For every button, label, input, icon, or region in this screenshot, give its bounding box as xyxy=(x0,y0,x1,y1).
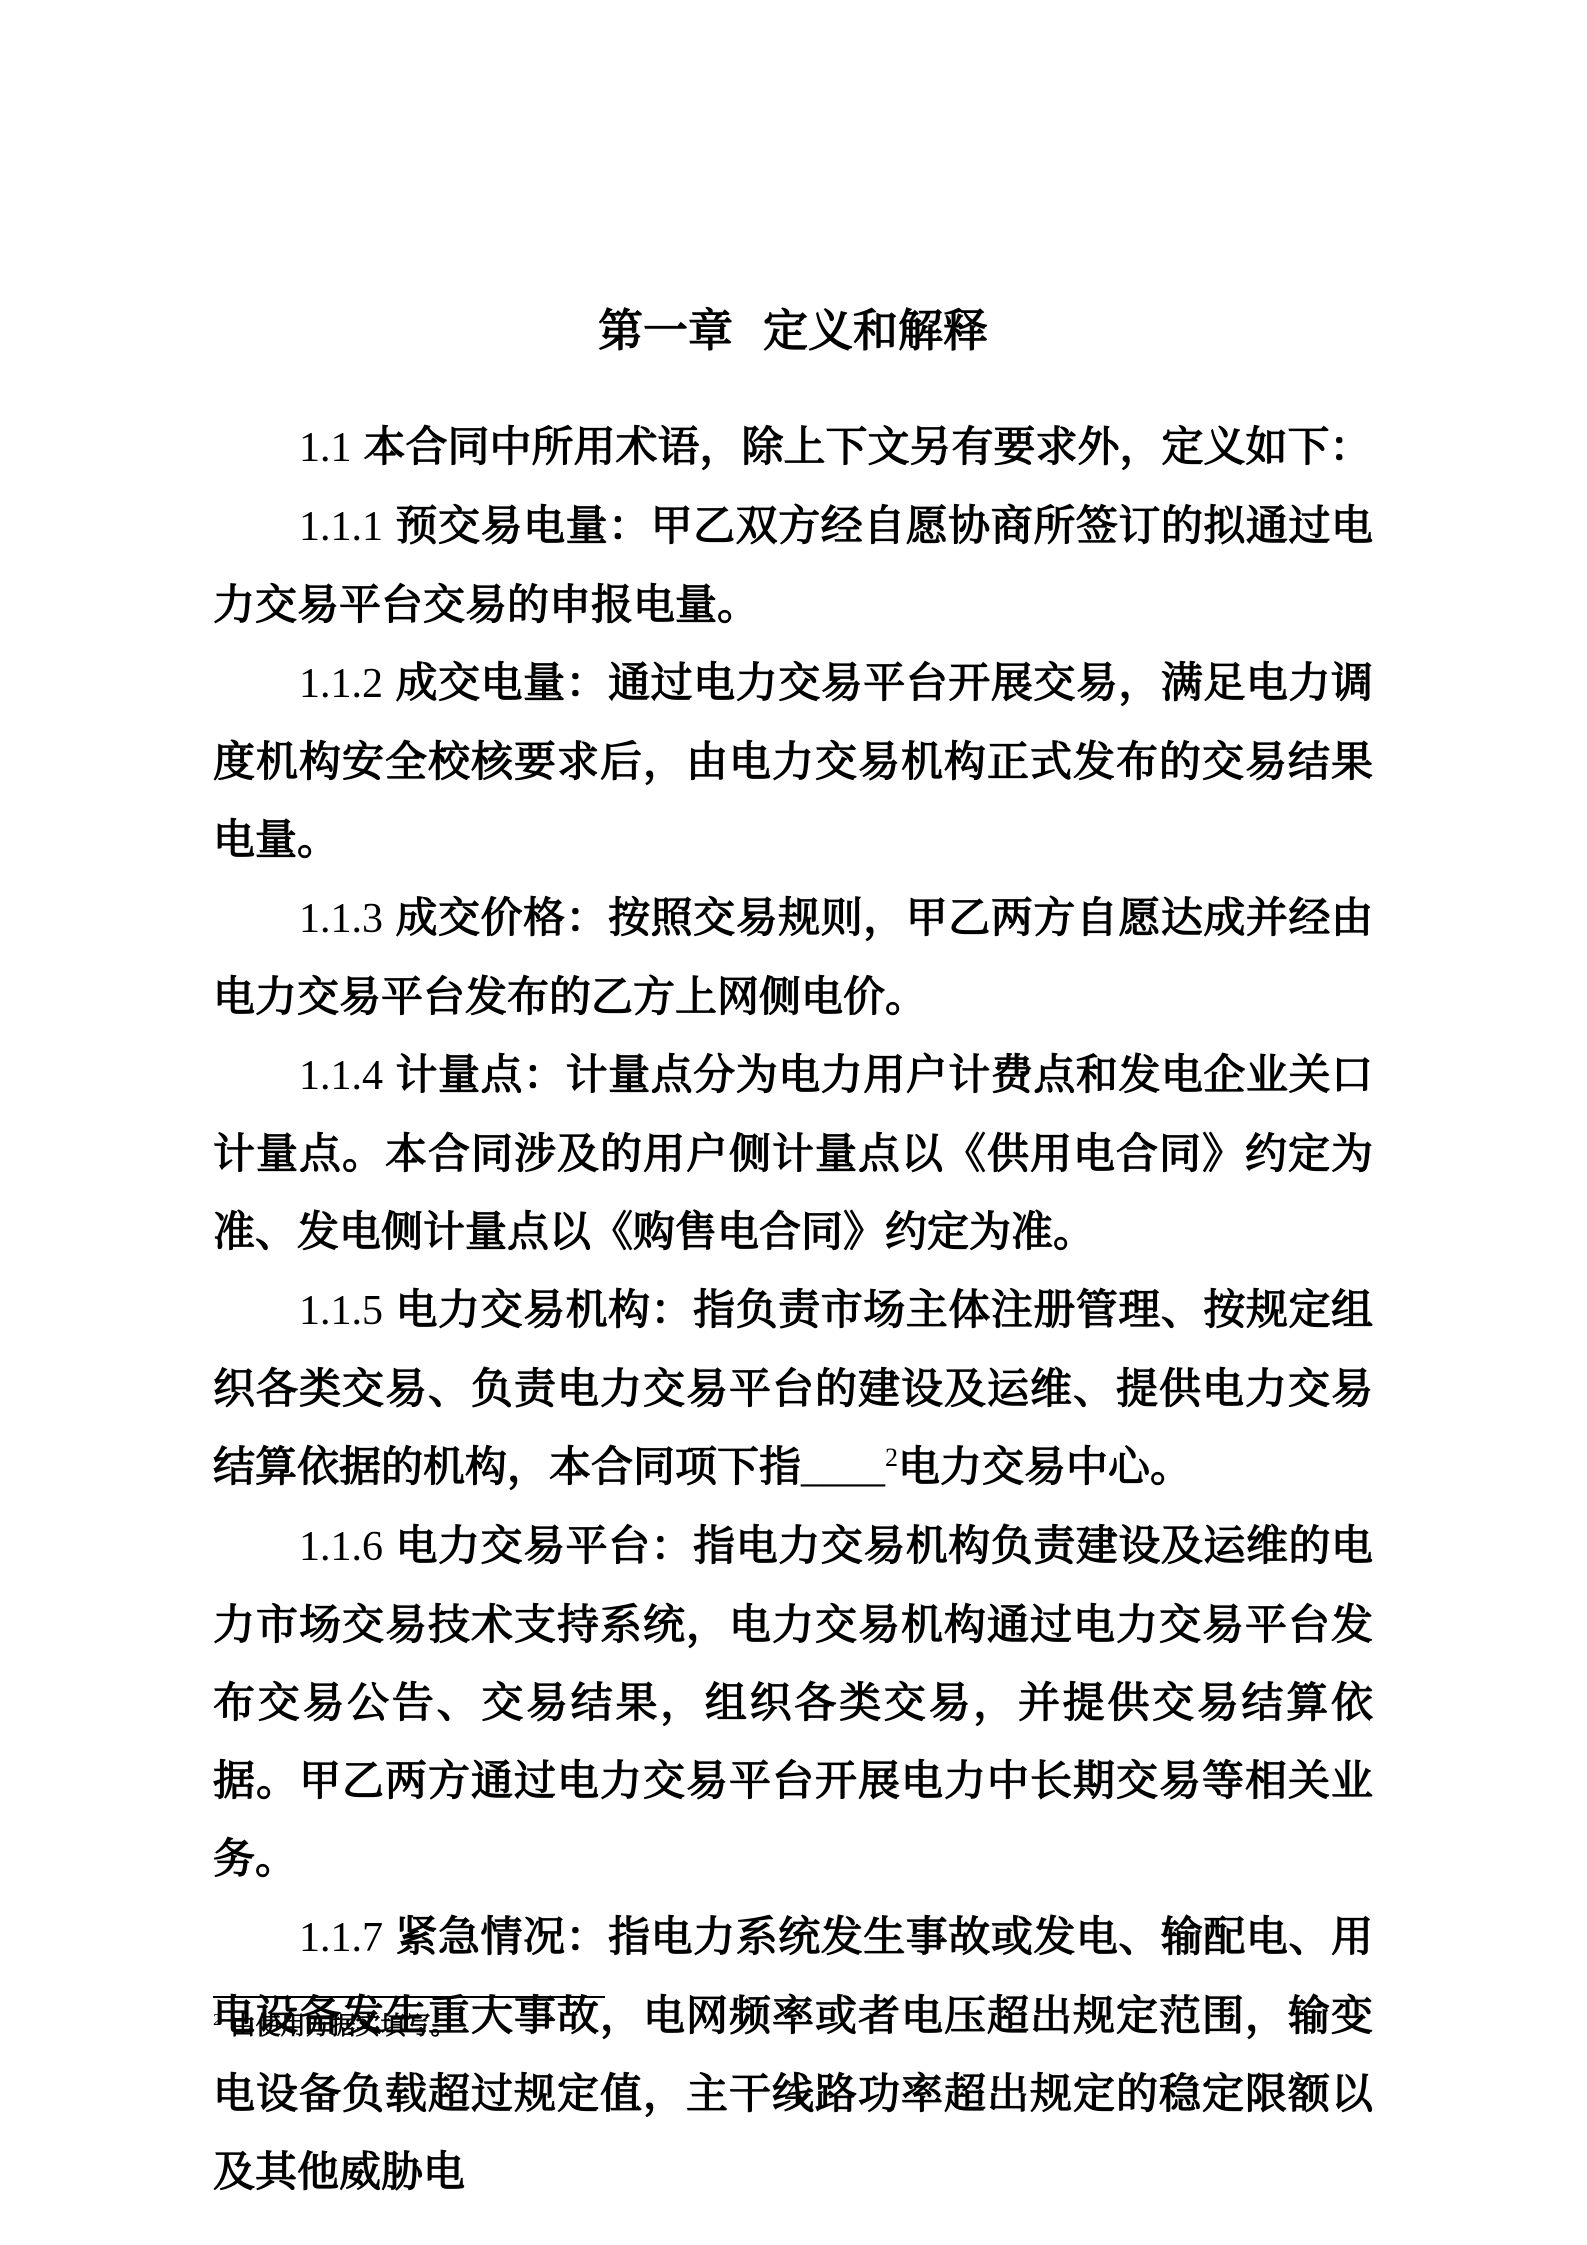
clause-text: 本合同中所用术语，除上下文另有要求外，定义如下： xyxy=(364,423,1372,470)
document-page: 第一章定义和解释 1.1本合同中所用术语，除上下文另有要求外，定义如下： 1.1… xyxy=(0,0,1587,2245)
clause-1-1-5: 1.1.5电力交易机构：指负责市场主体注册管理、按规定组织各类交易、负责电力交易… xyxy=(213,1271,1373,1507)
footnote-reference: 2 xyxy=(885,1443,898,1472)
footnote-marker: 2 xyxy=(213,2010,222,2029)
clause-number: 1.1.1 xyxy=(299,504,383,550)
clause-number: 1.1.7 xyxy=(299,1915,383,1961)
clause-1-1-4: 1.1.4计量点：计量点分为电力用户计费点和发电企业关口计量点。本合同涉及的用户… xyxy=(213,1036,1373,1271)
clause-number: 1.1.5 xyxy=(299,1288,383,1334)
clause-text: ：按照交易规则，甲乙两方自愿达成并经由电力交易平台发布的乙方上网侧电价。 xyxy=(213,894,1373,1020)
clause-text: ：指电力交易机构负责建设及运维的电力市场交易技术支持系统，电力交易机构通过电力交… xyxy=(213,1522,1373,1882)
fill-in-blank: ____ xyxy=(801,1445,885,1491)
clause-number: 1.1.2 xyxy=(299,661,383,707)
clause-1-1-2: 1.1.2成交电量：通过电力交易平台开展交易，满足电力调度机构安全校核要求后，由… xyxy=(213,644,1373,879)
clause-text: ：甲乙双方经自愿协商所签订的拟通过电力交易平台交易的申报电量。 xyxy=(213,502,1373,628)
chapter-title: 定义和解释 xyxy=(763,305,988,356)
clause-text: ：指负责市场主体注册管理、按规定组织各类交易、负责电力交易平台的建设及运维、提供… xyxy=(213,1286,1373,1490)
clause-1-1-7: 1.1.7紧急情况：指电力系统发生事故或发电、输配电、用电设备发生重大事故，电网… xyxy=(213,1898,1373,2211)
clause-number: 1.1.6 xyxy=(299,1524,383,1570)
clause-text: ：计量点分为电力用户计费点和发电企业关口计量点。本合同涉及的用户侧计量点以《供用… xyxy=(213,1051,1373,1255)
clause-text: ：通过电力交易平台开展交易，满足电力调度机构安全校核要求后，由电力交易机构正式发… xyxy=(213,659,1373,863)
clause-1-1-1: 1.1.1预交易电量：甲乙双方经自愿协商所签订的拟通过电力交易平台交易的申报电量… xyxy=(213,487,1373,644)
defined-term: 电力交易机构 xyxy=(395,1286,651,1333)
chapter-heading: 第一章定义和解释 xyxy=(213,292,1373,370)
defined-term: 成交价格 xyxy=(395,894,566,941)
clause-text: 电力交易中心。 xyxy=(898,1443,1192,1490)
clause-text: ：指电力系统发生事故或发电、输配电、用电设备发生重大事故，电网频率或者电压超出规… xyxy=(213,1913,1373,2195)
defined-term: 电力交易平台 xyxy=(395,1522,651,1569)
chapter-number: 第一章 xyxy=(598,305,733,356)
defined-term: 预交易电量 xyxy=(395,502,608,549)
defined-term: 紧急情况 xyxy=(395,1913,566,1960)
clause-1-1-3: 1.1.3成交价格：按照交易规则，甲乙两方自愿达成并经由电力交易平台发布的乙方上… xyxy=(213,879,1373,1036)
clause-1-1-6: 1.1.6电力交易平台：指电力交易机构负责建设及运维的电力市场交易技术支持系统，… xyxy=(213,1507,1373,1898)
footnote-separator xyxy=(213,1996,605,1998)
page-number: 4 xyxy=(0,2072,1587,2112)
defined-term: 成交电量 xyxy=(395,659,566,706)
defined-term: 计量点 xyxy=(395,1051,523,1098)
clause-number: 1.1.4 xyxy=(299,1053,383,1099)
clause-number: 1.1 xyxy=(299,425,352,471)
footnote: 2由使用方据实填写。 xyxy=(213,2010,1373,2042)
footnote-text: 由使用方据实填写。 xyxy=(231,2012,456,2040)
clause-1-1: 1.1本合同中所用术语，除上下文另有要求外，定义如下： xyxy=(213,408,1373,487)
clause-number: 1.1.3 xyxy=(299,896,383,942)
footnote-area: 2由使用方据实填写。 xyxy=(213,1996,1373,2042)
page-body: 第一章定义和解释 1.1本合同中所用术语，除上下文另有要求外，定义如下： 1.1… xyxy=(213,292,1373,2211)
